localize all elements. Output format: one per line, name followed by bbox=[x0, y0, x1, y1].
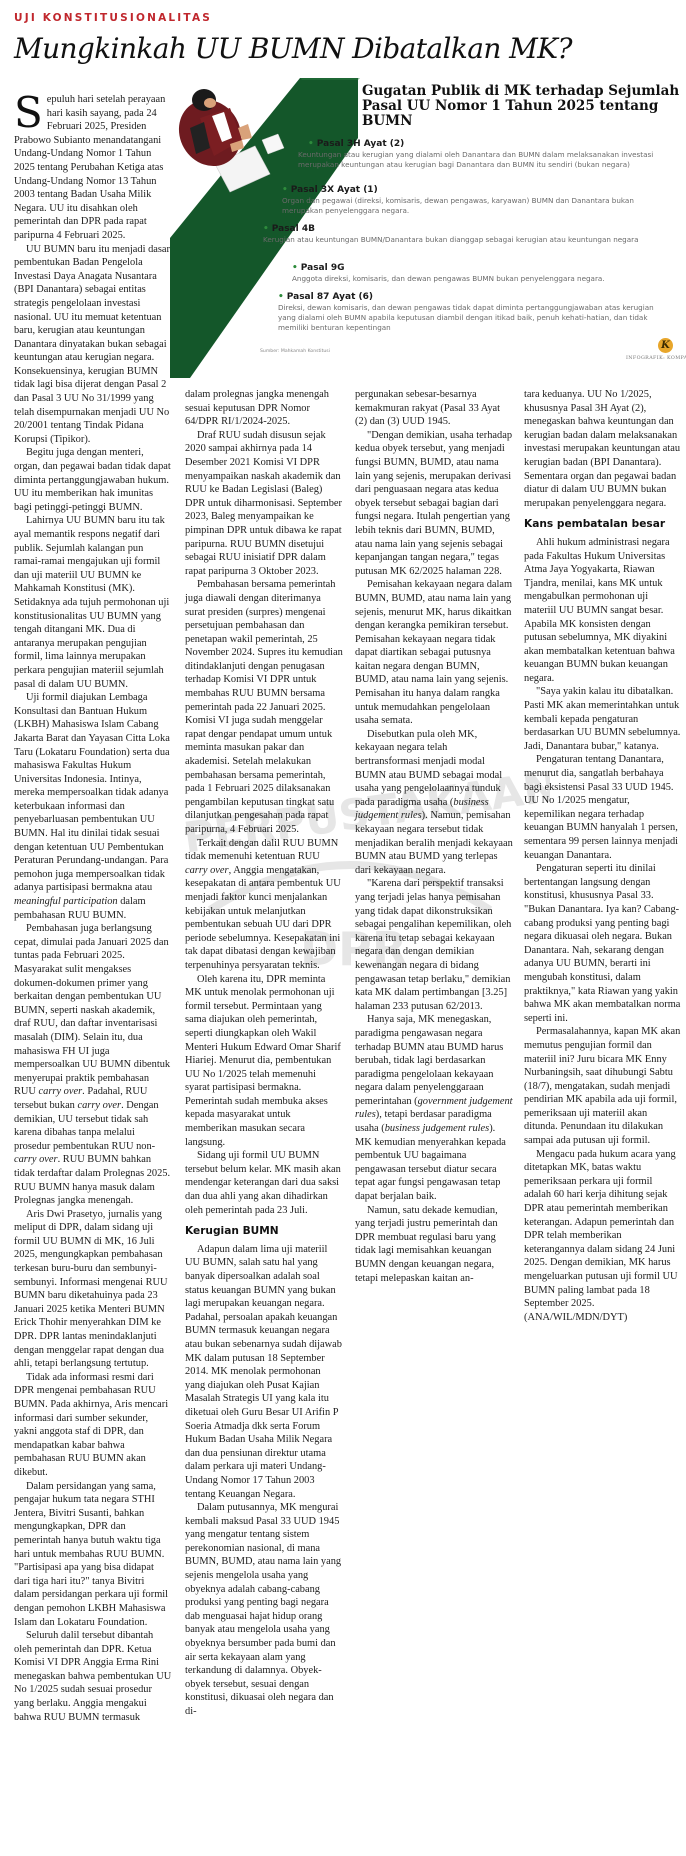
pasal-item: •Pasal 87 Ayat (6) Direksi, dewan komisa… bbox=[278, 292, 658, 333]
bullet-icon: • bbox=[263, 224, 269, 234]
article-paragraph: pergunakan sebesar-besarnya kemakmuran r… bbox=[355, 388, 513, 429]
pasal-item: •Pasal 3H Ayat (2) Keuntungan atau kerug… bbox=[308, 139, 678, 170]
pasal-heading: Pasal 87 Ayat (6) bbox=[287, 292, 373, 302]
article-column-1: Sepuluh hari setelah perayaan hari kasih… bbox=[14, 93, 172, 1724]
article-paragraph: Permasalahannya, kapan MK akan memutus p… bbox=[524, 1025, 682, 1147]
article-paragraph: Adapun dalam lima uji materiil UU BUMN, … bbox=[185, 1243, 343, 1501]
article-paragraph: Tidak ada informasi resmi dari DPR menge… bbox=[14, 1371, 172, 1480]
article-paragraph: Pembahasan bersama pemerintah juga diawa… bbox=[185, 578, 343, 836]
article-paragraph: Uji formil diajukan Lembaga Konsultasi d… bbox=[14, 691, 172, 922]
pasal-heading: Pasal 3H Ayat (2) bbox=[317, 139, 405, 149]
article-paragraph: Lahirnya UU BUMN baru itu tak ayal meman… bbox=[14, 514, 172, 691]
article-paragraph: "Karena dari perspektif transaksi yang t… bbox=[355, 877, 513, 1013]
article-paragraph: Namun, satu dekade kemudian, yang terjad… bbox=[355, 1204, 513, 1286]
article-column-3: pergunakan sebesar-besarnya kemakmuran r… bbox=[355, 388, 513, 1285]
article-paragraph: Hanya saja, MK menegaskan, paradigma pen… bbox=[355, 1013, 513, 1203]
pasal-text: Kerugian atau keuntungan BUMN/Danantara … bbox=[263, 235, 653, 245]
article-paragraph: Ahli hukum administrasi negara pada Faku… bbox=[524, 536, 682, 686]
article-paragraph: dalam prolegnas jangka menengah sesuai k… bbox=[185, 388, 343, 429]
article-paragraph: Sidang uji formil UU BUMN tersebut belum… bbox=[185, 1149, 343, 1217]
infographic-credit: INFOGRAFIK: KOMPAS bbox=[626, 356, 686, 361]
pasal-text: Anggota direksi, komisaris, dan dewan pe… bbox=[292, 274, 672, 284]
article-paragraph: Pemisahan kekayaan negara dalam BUMN, BU… bbox=[355, 578, 513, 728]
bullet-icon: • bbox=[308, 139, 314, 149]
article-paragraph: Pengaturan seperti itu dinilai bertentan… bbox=[524, 862, 682, 1025]
article-paragraph: Terkait dengan dalil RUU BUMN tidak meme… bbox=[185, 837, 343, 973]
pasal-item: •Pasal 9G Anggota direksi, komisaris, da… bbox=[292, 263, 672, 284]
article-paragraph: Pengaturan tentang Danantara, menurut di… bbox=[524, 753, 682, 862]
pasal-text: Keuntungan atau kerugian yang dialami ol… bbox=[298, 150, 678, 170]
article-paragraph: Seluruh dalil tersebut dibantah oleh pem… bbox=[14, 1629, 172, 1724]
article-paragraph: Dalam persidangan yang sama, pengajar hu… bbox=[14, 1480, 172, 1630]
article-paragraph: Dalam putusannya, MK mengurai kembali ma… bbox=[185, 1501, 343, 1719]
article-column-2: dalam prolegnas jangka menengah sesuai k… bbox=[185, 388, 343, 1719]
pasal-heading: Pasal 9G bbox=[301, 263, 345, 273]
article-paragraph: Disebutkan pula oleh MK, kekayaan negara… bbox=[355, 728, 513, 878]
article-paragraph: Oleh karena itu, DPR meminta MK untuk me… bbox=[185, 973, 343, 1150]
article-paragraph: Begitu juga dengan menteri, organ, dan p… bbox=[14, 446, 172, 514]
bullet-icon: • bbox=[278, 292, 284, 302]
article-paragraph: Aris Dwi Prasetyo, jurnalis yang meliput… bbox=[14, 1208, 172, 1371]
article-paragraph: "Saya yakin kalau itu dibatalkan. Pasti … bbox=[524, 685, 682, 753]
bullet-icon: • bbox=[292, 263, 298, 273]
pasal-item: •Pasal 3X Ayat (1) Organ dan pegawai (di… bbox=[282, 185, 652, 216]
article-paragraph: "Dengan demikian, usaha terhadap kedua o… bbox=[355, 429, 513, 579]
article-paragraph: UU BUMN baru itu menjadi dasar pembentuk… bbox=[14, 243, 172, 447]
article-column-4: tara keduanya. UU No 1/2025, khususnya P… bbox=[524, 388, 682, 1324]
article-paragraph: Sepuluh hari setelah perayaan hari kasih… bbox=[14, 93, 172, 243]
infographic-title: Gugatan Publik di MK terhadap Sejumlah P… bbox=[362, 84, 682, 129]
pasal-text: Direksi, dewan komisaris, dan dewan peng… bbox=[278, 303, 658, 333]
section-subheading: Kans pembatalan besar bbox=[524, 518, 682, 532]
kompas-logo-icon: K bbox=[658, 338, 673, 353]
drop-cap: S bbox=[14, 95, 43, 131]
headline: Mungkinkah UU BUMN Dibatalkan MK? bbox=[14, 32, 572, 65]
article-paragraph: Mengacu pada hukum acara yang ditetapkan… bbox=[524, 1148, 682, 1325]
pasal-heading: Pasal 4B bbox=[272, 224, 315, 234]
pasal-item: •Pasal 4B Kerugian atau keuntungan BUMN/… bbox=[263, 224, 653, 245]
infographic: Gugatan Publik di MK terhadap Sejumlah P… bbox=[170, 78, 686, 378]
bullet-icon: • bbox=[282, 185, 288, 195]
pasal-text: Organ dan pegawai (direksi, komisaris, d… bbox=[282, 196, 652, 216]
article-paragraph: Pembahasan juga berlangsung cepat, dimul… bbox=[14, 922, 172, 1207]
pasal-heading: Pasal 3X Ayat (1) bbox=[291, 185, 378, 195]
rubric-label: UJI KONSTITUSIONALITAS bbox=[14, 12, 212, 24]
article-paragraph: Draf RUU sudah disusun sejak 2020 sampai… bbox=[185, 429, 343, 579]
section-subheading: Kerugian BUMN bbox=[185, 1225, 343, 1239]
article-paragraph: tara keduanya. UU No 1/2025, khususnya P… bbox=[524, 388, 682, 510]
infographic-source: Sumber: Mahkamah Konstitusi bbox=[260, 349, 330, 354]
